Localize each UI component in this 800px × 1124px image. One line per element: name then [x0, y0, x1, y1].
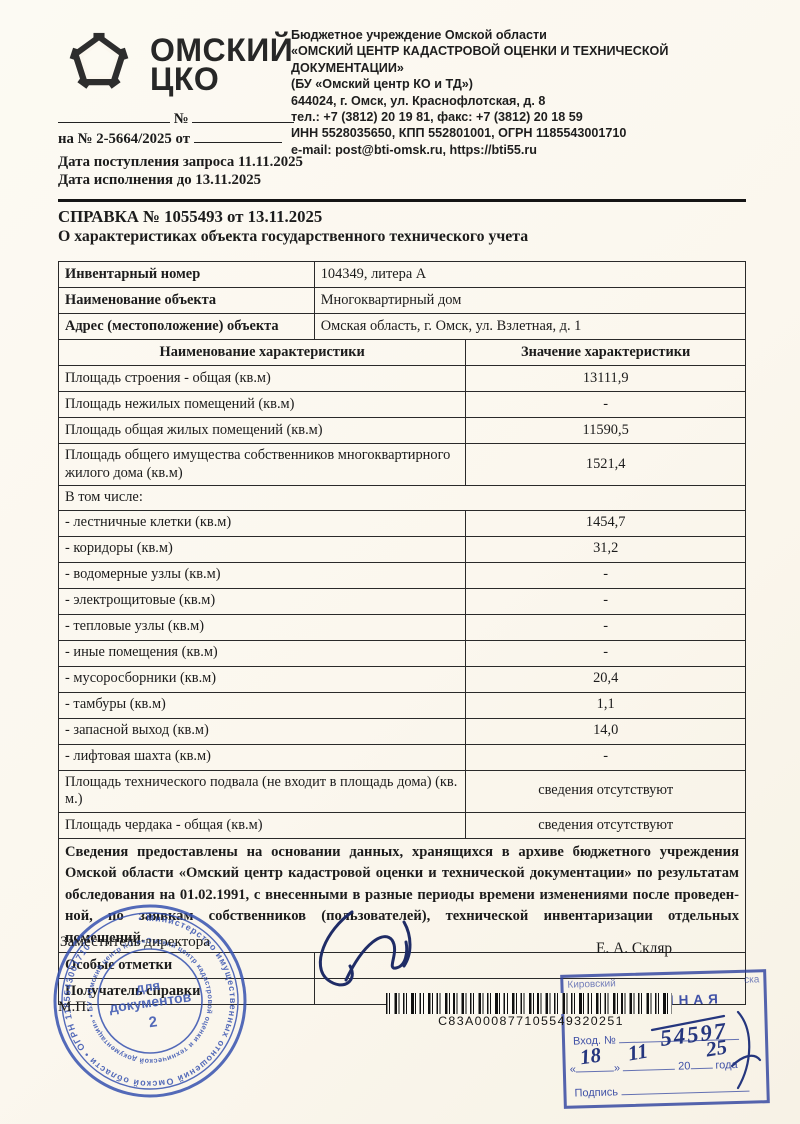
table-row: - тамбуры (кв.м) 1,1	[59, 692, 746, 718]
row-value: сведения отсутствуют	[466, 812, 746, 838]
row-value: -	[466, 640, 746, 666]
table-row: Площадь общего имущества собственников м…	[59, 444, 746, 486]
stamp-fragment: Кировский	[567, 978, 616, 990]
row-value: -	[466, 562, 746, 588]
row-label: - электрощитовые (кв.м)	[59, 588, 466, 614]
table-row: Площадь строения - общая (кв.м) 13111,9	[59, 366, 746, 392]
row-value: 13111,9	[466, 366, 746, 392]
row-label: - иные помещения (кв.м)	[59, 640, 466, 666]
column-header: Значение характеристики	[466, 340, 746, 366]
row-value: 1454,7	[466, 510, 746, 536]
number-sign: №	[174, 111, 189, 127]
handwritten-year: 25	[704, 1035, 729, 1063]
row-label: Наименование объекта	[59, 288, 315, 314]
row-label: - мусоросборники (кв.м)	[59, 666, 466, 692]
table-header-row: Наименование характеристики Значение хар…	[59, 340, 746, 366]
row-label: Площадь строения - общая (кв.м)	[59, 366, 466, 392]
table-row: Площадь нежилых помещений (кв.м) -	[59, 392, 746, 418]
blank-line	[194, 130, 282, 143]
barcode-number: C83A000877105549320251	[396, 1014, 666, 1028]
row-value: -	[466, 588, 746, 614]
date-received: Дата поступления запроса 11.11.2025	[58, 154, 318, 172]
row-value: 11590,5	[466, 418, 746, 444]
org-line: (БУ «Омский центр КО и ТД»)	[291, 76, 771, 92]
table-row: Адрес (местоположение) объекта Омская об…	[59, 314, 746, 340]
document-title: СПРАВКА № 1055493 от 13.11.2025 О характ…	[58, 207, 746, 246]
table-row: - запасной выход (кв.м) 14,0	[59, 718, 746, 744]
table-row: Площадь общая жилых помещений (кв.м) 115…	[59, 418, 746, 444]
outgoing-number-line: №	[58, 110, 318, 128]
row-value: 31,2	[466, 536, 746, 562]
row-value: 20,4	[466, 666, 746, 692]
table-row: Площадь технического подвала (не входит …	[59, 770, 746, 812]
blank-line	[58, 110, 170, 123]
omsk-cko-fortress-logo-icon	[58, 26, 140, 98]
row-value: -	[466, 614, 746, 640]
row-label: Площадь технического подвала (не входит …	[59, 770, 466, 812]
row-label: - лифтовая шахта (кв.м)	[59, 744, 466, 770]
table-row: - лестничные клетки (кв.м) 1454,7	[59, 510, 746, 536]
table-row: - лифтовая шахта (кв.м) -	[59, 744, 746, 770]
row-label: - лестничные клетки (кв.м)	[59, 510, 466, 536]
table-row: - иные помещения (кв.м) -	[59, 640, 746, 666]
row-label: - тепловые узлы (кв.м)	[59, 614, 466, 640]
org-line: e-mail: post@bti-omsk.ru, https://bti55.…	[291, 142, 771, 158]
table-row: - мусоросборники (кв.м) 20,4	[59, 666, 746, 692]
row-label: - водомерные узлы (кв.м)	[59, 562, 466, 588]
table-row: - водомерные узлы (кв.м) -	[59, 562, 746, 588]
table-subheading-row: В том числе:	[59, 486, 746, 511]
stamp-fragment: ска	[744, 974, 759, 985]
row-value: -	[466, 744, 746, 770]
row-label: Адрес (местоположение) объекта	[59, 314, 315, 340]
reception-stamp-top-line: Кировский ска	[567, 974, 759, 990]
row-value: -	[466, 392, 746, 418]
logo-wordmark: ОМСКИЙ ЦКО	[150, 36, 293, 95]
row-value: 1521,4	[466, 444, 746, 486]
title-number: СПРАВКА № 1055493 от 13.11.2025	[58, 207, 746, 227]
characteristics-table: Инвентарный номер 104349, литера А Наиме…	[58, 261, 746, 1005]
stamp-center-line3: 2	[148, 1013, 159, 1031]
row-value: Многоквартирный дом	[314, 288, 745, 314]
date-due: Дата исполнения до 13.11.2025	[58, 172, 318, 190]
column-header: Наименование характеристики	[59, 340, 466, 366]
notes-line: Сведения предоставлены на основании данн…	[65, 842, 739, 864]
signer-name: Е. А. Скляр	[596, 940, 672, 958]
row-label: Площадь общая жилых помещений (кв.м)	[59, 418, 466, 444]
document-page: ОМСКИЙ ЦКО Бюджетное учреждение Омской о…	[0, 0, 800, 1124]
row-label: - коридоры (кв.м)	[59, 536, 466, 562]
row-label: Площадь нежилых помещений (кв.м)	[59, 392, 466, 418]
table-row: - тепловые узлы (кв.м) -	[59, 614, 746, 640]
row-value: 104349, литера А	[314, 262, 745, 288]
title-subject: О характеристиках объекта государственно…	[58, 228, 746, 246]
table-row: - электрощитовые (кв.м) -	[59, 588, 746, 614]
org-line: 644024, г. Омск, ул. Краснофлотская, д. …	[291, 93, 771, 109]
row-label: - запасной выход (кв.м)	[59, 718, 466, 744]
org-line: Бюджетное учреждение Омской области	[291, 27, 771, 43]
year-suffix: года	[715, 1059, 738, 1072]
signature-label: Подпись	[574, 1086, 618, 1099]
notes-line: Омской области «Омский центр кадастровой…	[65, 863, 739, 885]
request-block: № на № 2-5664/2025 от Дата поступления з…	[58, 110, 318, 189]
blank-line	[192, 110, 294, 123]
row-value: Омская область, г. Омск, ул. Взлетная, д…	[314, 314, 745, 340]
table-row: - коридоры (кв.м) 31,2	[59, 536, 746, 562]
signer-position: Заместитель директора	[60, 933, 210, 951]
row-value: 14,0	[466, 718, 746, 744]
handwritten-day: 18	[578, 1043, 602, 1071]
horizontal-rule	[58, 199, 746, 202]
table-row: Инвентарный номер 104349, литера А	[59, 262, 746, 288]
reference-number: на № 2-5664/2025 от	[58, 131, 190, 147]
handwritten-month: 11	[626, 1038, 650, 1066]
reference-number-line: на № 2-5664/2025 от	[58, 130, 318, 148]
organization-info: Бюджетное учреждение Омской области «ОМС…	[291, 27, 771, 158]
row-value: 1,1	[466, 692, 746, 718]
row-label: Инвентарный номер	[59, 262, 315, 288]
org-line: ИНН 5528035650, КПП 552801001, ОГРН 1185…	[291, 125, 771, 141]
org-line: тел.: +7 (3812) 20 19 81, факс: +7 (3812…	[291, 109, 771, 125]
stamp-place-label: М.П.	[58, 998, 90, 1016]
row-label: Площадь чердака - общая (кв.м)	[59, 812, 466, 838]
table-row: Площадь чердака - общая (кв.м) сведения …	[59, 812, 746, 838]
quote-close: »	[614, 1062, 620, 1074]
table-row: Наименование объекта Многоквартирный дом	[59, 288, 746, 314]
row-label: - тамбуры (кв.м)	[59, 692, 466, 718]
signature-line: Подпись	[574, 1081, 749, 1100]
barcode	[386, 993, 672, 1014]
blank-line	[621, 1081, 749, 1096]
row-label: Площадь общего имущества собственников м…	[59, 444, 466, 486]
subheading: В том числе:	[59, 486, 746, 511]
row-value: сведения отсутствуют	[466, 770, 746, 812]
year-century: 20	[678, 1060, 691, 1072]
org-line: «ОМСКИЙ ЦЕНТР КАДАСТРОВОЙ ОЦЕНКИ И ТЕХНИ…	[291, 43, 771, 76]
logo-word-2: ЦКО	[150, 65, 293, 94]
